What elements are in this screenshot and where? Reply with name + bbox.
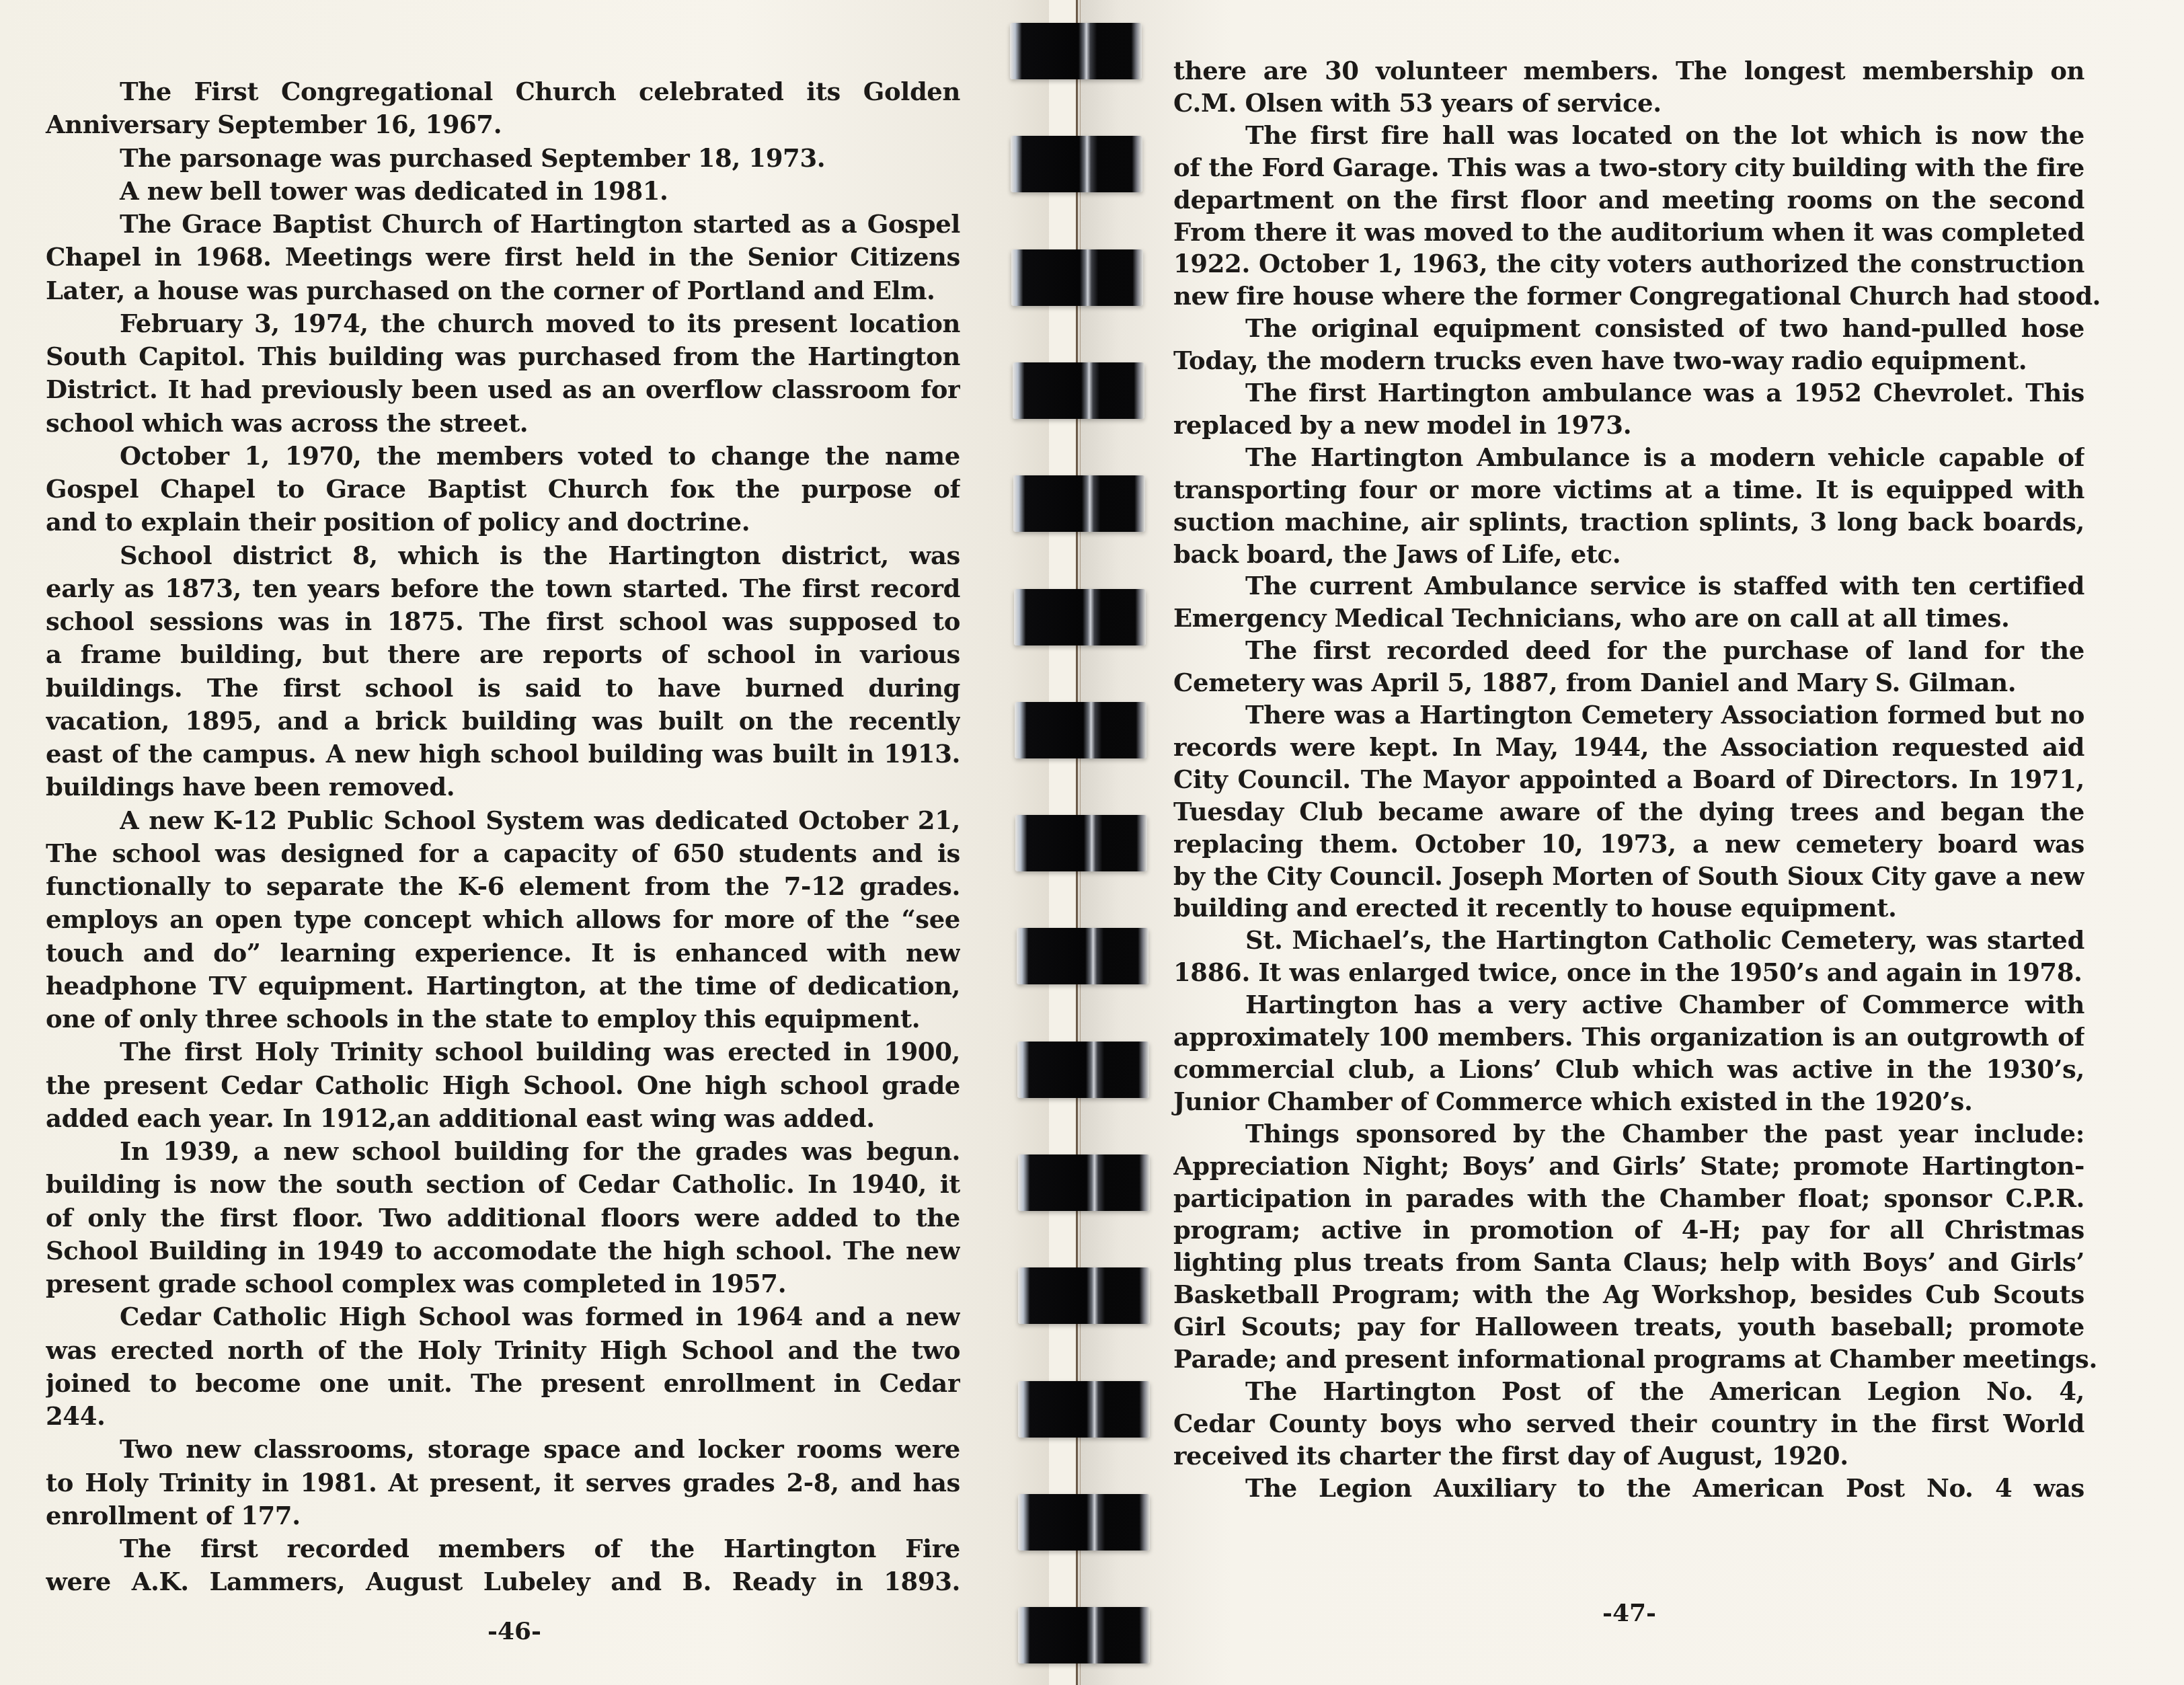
text-line: headphone TV equipment. Hartington, at t… [46, 974, 960, 1001]
text-line: St. Michael’s, the Hartington Catholic C… [1245, 928, 2084, 955]
text-line: A new K-12 Public School System was dedi… [120, 808, 960, 835]
text-line: Emergency Medical Technicians, who are o… [1173, 606, 2009, 631]
text-line: South Capitol. This building was purchas… [46, 344, 960, 371]
text-line: The first fire hall was located on the l… [1245, 123, 2084, 150]
page-number-47: -47- [1602, 1599, 1656, 1627]
text-line: early as 1873, ten years before the town… [46, 576, 960, 603]
text-line: 244. [46, 1404, 106, 1429]
text-line: Two new classrooms, storage space and lo… [120, 1437, 960, 1464]
text-line: School Building in 1949 to accomodate th… [46, 1239, 960, 1265]
text-line: program; active in promotion of 4-H; pay… [1173, 1218, 2084, 1245]
text-line: A new bell tower was dedicated in 1981. [120, 179, 668, 204]
text-line: and to explain their position of policy … [46, 510, 750, 535]
text-line: The parsonage was purchased September 18… [120, 146, 825, 171]
binding-loop [1010, 23, 1142, 79]
page-number-46: -46- [487, 1617, 541, 1645]
text-line: Today, the modern trucks even have two-w… [1173, 348, 2027, 373]
text-line: Cedar County boys who served their count… [1173, 1411, 2084, 1438]
text-line: The Grace Baptist Church of Hartington s… [120, 212, 960, 239]
text-line: commercial club, a Lions’ Club which was… [1173, 1057, 2084, 1084]
text-line: one of only three schools in the state t… [46, 1007, 920, 1031]
text-line: Appreciation Night; Boys’ and Girls’ Sta… [1173, 1154, 2084, 1181]
text-line: approximately 100 members. This organiza… [1173, 1025, 2084, 1052]
page-46: The First Congregational Church celebrat… [0, 0, 1049, 1685]
text-line: back board, the Jaws of Life, etc. [1173, 542, 1621, 567]
text-line: vacation, 1895, and a brick building was… [46, 709, 960, 736]
text-line: Cedar Catholic High School was formed in… [120, 1304, 960, 1331]
text-line: The original equipment consisted of two … [1245, 316, 2084, 343]
text-line: Chapel in 1968. Meetings were first held… [46, 245, 960, 272]
text-line: transporting four or more victims at a t… [1173, 477, 2084, 504]
binding-loop [1014, 589, 1146, 645]
text-line: lighting plus treats from Santa Claus; h… [1173, 1250, 2084, 1277]
text-line: Gospel Chapel to Grace Baptist Church fo… [46, 477, 960, 504]
text-line: a frame building, but there are reports … [46, 642, 960, 669]
text-line: records were kept. In May, 1944, the Ass… [1173, 735, 2084, 762]
text-line: The Legion Auxiliary to the American Pos… [1245, 1476, 2084, 1503]
text-line: participation in parades with the Chambe… [1173, 1186, 2084, 1213]
binding-loop [1018, 1494, 1150, 1551]
text-line: of the Ford Garage. This was a two-story… [1173, 155, 2084, 182]
text-line: touch and do” learning experience. It is… [46, 941, 960, 968]
text-line: The first Hartington ambulance was a 195… [1245, 381, 2084, 407]
text-line: School district 8, which is the Hartingt… [120, 543, 960, 570]
text-line: employs an open type concept which allow… [46, 907, 960, 934]
text-line: Basketball Program; with the Ag Workshop… [1173, 1282, 2084, 1309]
spiral-binding [1002, 0, 1150, 1685]
text-line: February 3, 1974, the church moved to it… [120, 311, 960, 338]
text-line: added each year. In 1912,an additional e… [46, 1106, 875, 1131]
text-line: replaced by a new model in 1973. [1173, 413, 1631, 438]
text-line: of only the first floor. Two additional … [46, 1206, 960, 1232]
text-line: City Council. The Mayor appointed a Boar… [1173, 767, 2084, 794]
text-line: The First Congregational Church celebrat… [120, 79, 960, 106]
text-line: present grade school complex was complet… [46, 1271, 786, 1296]
text-line: to Holy Trinity in 1981. At present, it … [46, 1471, 960, 1497]
text-line: building and erected it recently to hous… [1173, 896, 1897, 920]
text-line: Later, a house was purchased on the corn… [46, 278, 935, 303]
text-line: The first recorded deed for the purchase… [1245, 638, 2084, 665]
text-line: replacing them. October 10, 1973, a new … [1173, 832, 2084, 859]
binding-loop [1018, 1267, 1150, 1324]
binding-loop [1011, 136, 1142, 192]
binding-loop [1015, 702, 1146, 758]
text-line: In 1939, a new school building for the g… [120, 1139, 960, 1166]
text-line: buildings have been removed. [46, 775, 455, 799]
text-line: Things sponsored by the Chamber the past… [1245, 1122, 2084, 1148]
binding-loop [1013, 475, 1145, 532]
text-line: 1886. It was enlarged twice, once in the… [1173, 960, 2082, 985]
text-line: C.M. Olsen with 53 years of service. [1173, 91, 1662, 116]
text-line: the present Cedar Catholic High School. … [46, 1073, 960, 1100]
text-line: were A.K. Lammers, August Lubeley and B.… [46, 1569, 960, 1596]
binding-loop [1011, 249, 1143, 306]
text-line: received its charter the first day of Au… [1173, 1444, 1848, 1468]
text-line: functionally to separate the K-6 element… [46, 874, 960, 901]
text-line: suction machine, air splints, traction s… [1173, 510, 2084, 537]
text-line: October 1, 1970, the members voted to ch… [120, 444, 960, 471]
text-line: From there it was moved to the auditoriu… [1173, 220, 2084, 247]
text-line: Anniversary September 16, 1967. [46, 112, 502, 137]
text-line: There was a Hartington Cemetery Associat… [1245, 703, 2084, 730]
text-line: Parade; and present informational progra… [1173, 1347, 2097, 1372]
text-line: The Hartington Ambulance is a modern veh… [1245, 445, 2084, 472]
text-line: The first recorded members of the Hartin… [120, 1536, 960, 1563]
binding-loop [1018, 1607, 1150, 1663]
text-line: The Hartington Post of the American Legi… [1245, 1379, 2084, 1406]
text-line: school which was across the street. [46, 411, 528, 436]
text-line: school sessions was in 1875. The first s… [46, 609, 960, 636]
binding-loop [1018, 1381, 1150, 1438]
text-line: District. It had previously been used as… [46, 377, 960, 404]
text-line: building is now the south section of Ced… [46, 1172, 960, 1199]
text-line: The first Holy Trinity school building w… [120, 1040, 960, 1066]
text-line: by the City Council. Joseph Morten of So… [1173, 864, 2084, 891]
text-line: Tuesday Club became aware of the dying t… [1173, 799, 2084, 826]
page-47: there are 30 volunteer members. The long… [1076, 0, 2184, 1685]
text-line: Cemetery was April 5, 1887, from Daniel … [1173, 670, 2016, 695]
text-line: The current Ambulance service is staffed… [1245, 574, 2084, 600]
text-line: buildings. The first school is said to h… [46, 676, 960, 703]
text-line: joined to become one unit. The present e… [46, 1371, 960, 1398]
binding-loop [1017, 928, 1148, 984]
text-line: The school was designed for a capacity o… [46, 841, 960, 868]
binding-loop [1013, 362, 1144, 419]
text-line: was erected north of the Holy Trinity Hi… [46, 1338, 960, 1365]
text-line: enrollment of 177. [46, 1503, 301, 1528]
text-line: 1922. October 1, 1963, the city voters a… [1173, 251, 2084, 278]
text-line: Junior Chamber of Commerce which existed… [1173, 1089, 1972, 1114]
text-line: new fire house where the former Congrega… [1173, 284, 2101, 309]
text-line: Hartington has a very active Chamber of … [1245, 992, 2084, 1019]
binding-loop [1017, 1042, 1149, 1098]
text-line: department on the first floor and meetin… [1173, 188, 2084, 214]
text-line: Girl Scouts; pay for Halloween treats, y… [1173, 1315, 2084, 1341]
text-line: there are 30 volunteer members. The long… [1173, 58, 2084, 85]
text-line: east of the campus. A new high school bu… [46, 742, 960, 769]
binding-loop [1015, 815, 1147, 871]
binding-loop [1018, 1154, 1150, 1211]
